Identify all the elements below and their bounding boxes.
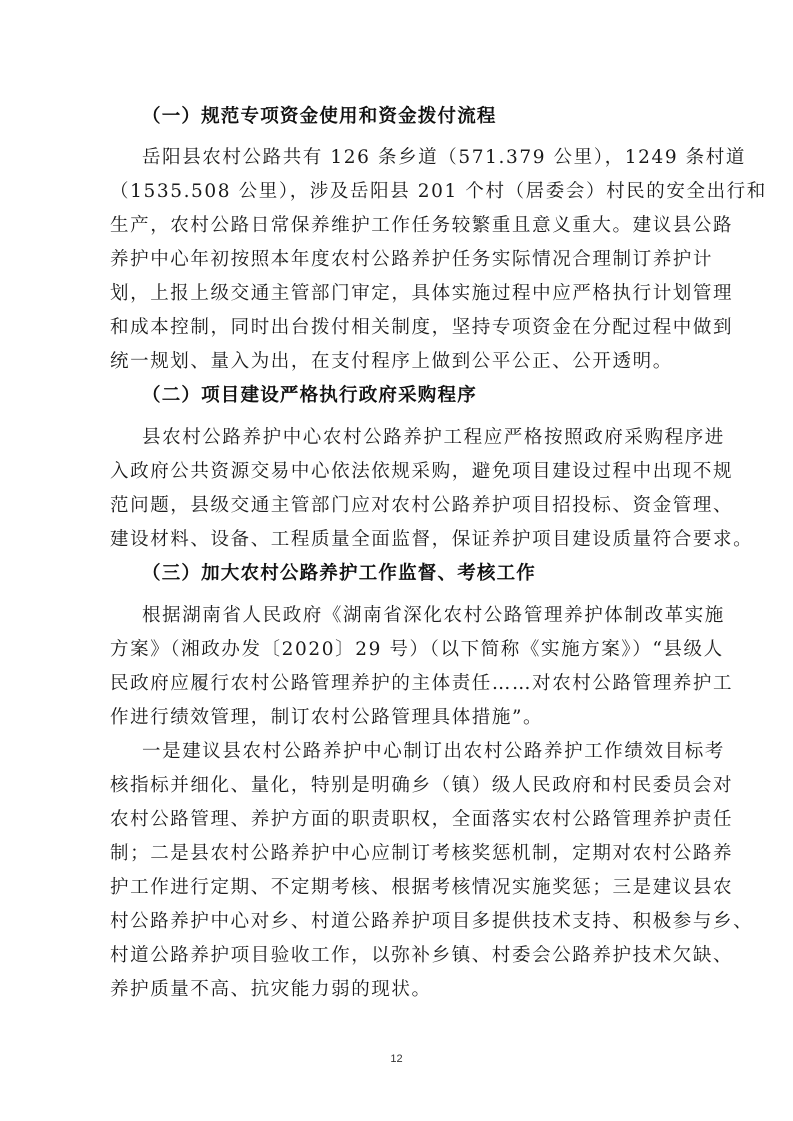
paragraph-line: 民政府应履行农村公路管理养护的主体责任……对农村公路管理养护工 <box>110 673 733 695</box>
section-heading-3: （三）加大农村公路养护工作监督、考核工作 <box>142 563 536 585</box>
paragraph-line: 生产，农村公路日常保养维护工作任务较繁重且意义重大。建议县公路 <box>110 215 733 237</box>
paragraph-line: 范问题，县级交通主管部门应对农村公路养护项目招投标、资金管理、 <box>110 495 733 517</box>
paragraph-line: 入政府公共资源交易中心依法依规采购，避免项目建设过程中出现不规 <box>110 461 733 483</box>
paragraph-line: 县农村公路养护中心农村公路养护工程应严格按照政府采购程序进 <box>142 427 725 449</box>
paragraph-line: 养护中心年初按照本年度农村公路养护任务实际情况合理制订养护计 <box>110 249 713 271</box>
paragraph-line: 统一规划、量入为出，在支付程序上做到公平公正、公开透明。 <box>110 351 673 373</box>
paragraph-line: 岳阳县农村公路共有 126 条乡道（571.379 公里），1249 条村道 <box>142 147 746 169</box>
paragraph-line: 农村公路管理、养护方面的职责职权，全面落实农村公路管理养护责任 <box>110 809 733 831</box>
paragraph-line: 划，上报上级交通主管部门审定，具体实施过程中应严格执行计划管理 <box>110 283 733 305</box>
document-page: （一）规范专项资金使用和资金拨付流程 岳阳县农村公路共有 126 条乡道（571… <box>0 0 793 1121</box>
paragraph-line: 方案》（湘政办发〔2020〕29 号）（以下简称《实施方案》）“县级人 <box>110 639 724 661</box>
paragraph-line: 养护质量不高、抗灾能力弱的现状。 <box>110 979 432 1001</box>
paragraph-line: 根据湖南省人民政府《湖南省深化农村公路管理养护体制改革实施 <box>142 605 725 627</box>
paragraph-line: 作进行绩效管理，制订农村公路管理具体措施”。 <box>110 707 543 729</box>
page-number: 12 <box>0 1053 793 1065</box>
paragraph-line: 建设材料、设备、工程质量全面监督，保证养护项目建设质量符合要求。 <box>110 529 753 551</box>
section-heading-2: （二）项目建设严格执行政府采购程序 <box>142 385 477 407</box>
paragraph-line: 一是建议县农村公路养护中心制订出农村公路养护工作绩效目标考 <box>142 741 725 763</box>
paragraph-line: 村公路养护中心对乡、村道公路养护项目多提供技术支持、积极参与乡、 <box>110 911 753 933</box>
section-heading-1: （一）规范专项资金使用和资金拨付流程 <box>142 106 497 128</box>
paragraph-line: 核指标并细化、量化，特别是明确乡（镇）级人民政府和村民委员会对 <box>110 775 733 797</box>
paragraph-line: （1535.508 公里），涉及岳阳县 201 个村（居委会）村民的安全出行和 <box>110 181 767 203</box>
paragraph-line: 村道公路养护项目验收工作，以弥补乡镇、村委会公路养护技术欠缺、 <box>110 945 733 967</box>
paragraph-line: 制；二是县农村公路养护中心应制订考核奖惩机制，定期对农村公路养 <box>110 843 733 865</box>
paragraph-line: 护工作进行定期、不定期考核、根据考核情况实施奖惩；三是建议县农 <box>110 877 733 899</box>
paragraph-line: 和成本控制，同时出台拨付相关制度，坚持专项资金在分配过程中做到 <box>110 317 733 339</box>
